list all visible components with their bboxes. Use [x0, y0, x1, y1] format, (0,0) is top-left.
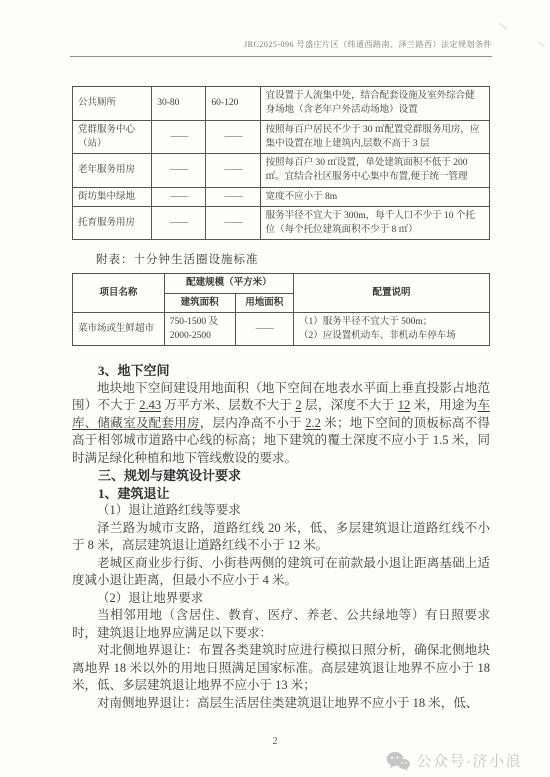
land-area-cell: —— — [235, 312, 293, 346]
config-note-cell: 宽度不应小于 8m — [260, 187, 489, 206]
table-row: 托育服务用房 —— —— 服务半径不宜大于 300m，每千人口不少于 10 个托… — [73, 206, 490, 240]
config-note-cell: 按照每百户居民不少于 30 ㎡配置党群服务用房，应集中设置在地上建筑内,层数不高… — [260, 120, 489, 154]
paragraph: （1）退让道路红线等要求 — [72, 502, 490, 520]
underlined-value: 12 — [398, 398, 411, 412]
table-row: 公共厕所 30-80 60-120 宜设置于人流集中处，结合配套设施及室外综合健… — [73, 87, 490, 121]
paragraph: 当相邻用地（含居住、教育、医疗、养老、公共绿地等）有日照要求时，建筑退让地界应满… — [72, 607, 490, 642]
building-area-header: 建筑面积 — [164, 293, 235, 312]
table-row: 街坊集中绿地 —— —— 宽度不应小于 8m — [73, 187, 490, 206]
scan-artifact — [538, 42, 544, 47]
subsection-heading-setback: 1、建筑退让 — [72, 485, 490, 503]
paragraph: 对北侧地界退让：布置各类建筑时应进行模拟日照分析，确保北侧地块离地界 18 米以… — [72, 642, 490, 695]
project-name-cell: 菜市场或生鲜超市 — [73, 312, 165, 346]
facilities-table: 公共厕所 30-80 60-120 宜设置于人流集中处，结合配套设施及室外综合健… — [72, 86, 490, 240]
config-notes-header: 配置说明 — [293, 274, 489, 313]
appendix-caption: 附表：十分钟生活圈设施标准 — [72, 251, 490, 267]
header-divider — [70, 56, 492, 57]
watermark: 公众号·济小浪 — [386, 750, 523, 771]
table-row: 菜市场或生鲜超市 750-1500 及 2000-2500 —— （1）服务半径… — [73, 312, 490, 346]
note-line: （1）服务半径不宜大于 500m； — [299, 315, 484, 329]
scanned-document-page: JRC2025-096 号盛庄片区（纬通西路南、泽兰路西）法定规划条件 公共厕所… — [0, 0, 550, 777]
text-run: 万平方米、层数不大于 — [161, 398, 295, 412]
building-area-cell: 750-1500 及 2000-2500 — [164, 312, 235, 346]
facility-name-cell: 党群服务中心（站） — [73, 120, 152, 154]
text-run: 层，深度不大于 — [302, 398, 398, 412]
section-heading-underground: 3、地下空间 — [72, 362, 490, 380]
config-note-cell: 宜设置于人流集中处，结合配套设施及室外综合健身场地（含老年户外活动场地）设置 — [260, 87, 489, 121]
building-area-cell: —— — [152, 120, 206, 154]
section-heading-planning: 三、规划与建筑设计要求 — [72, 467, 490, 485]
project-name-header: 项目名称 — [73, 274, 165, 313]
table-row: 党群服务中心（站） —— —— 按照每百户居民不少于 30 ㎡配置党群服务用房，… — [73, 120, 490, 154]
land-area-cell: —— — [206, 154, 260, 188]
paragraph: （2）退让地界要求 — [72, 590, 490, 608]
document-header: JRC2025-096 号盛庄片区（纬通西路南、泽兰路西）法定规划条件 — [70, 39, 492, 50]
body-text: 3、地下空间 地块地下空间建设用地面积（地下空间在地表水平面上垂直投影占地范围）… — [72, 362, 490, 712]
page-number: 2 — [0, 736, 550, 747]
building-area-cell: —— — [152, 206, 206, 240]
appendix-table: 项目名称 配建规模（平方米） 配置说明 建筑面积 用地面积 菜市场或生鲜超市 7… — [72, 273, 490, 346]
watermark-text: 公众号·济小浪 — [417, 750, 523, 771]
underlined-value: 2.43 — [139, 398, 161, 412]
config-note-cell: （1）服务半径不宜大于 500m； （2）应设置机动车、非机动车停车场 — [293, 312, 489, 346]
scan-artifact — [499, 23, 507, 30]
land-area-cell: —— — [206, 120, 260, 154]
facility-name-cell: 托育服务用房 — [73, 206, 152, 240]
facility-name-cell: 公共厕所 — [73, 87, 152, 121]
underlined-value: 2.2 — [305, 416, 321, 430]
text-run: 米，用途为 — [410, 398, 477, 412]
wechat-icon — [386, 751, 410, 771]
table-row: 老年服务用房 —— —— 按照每百户 30 ㎡设置，单处建筑面积不低于 200 … — [73, 154, 490, 188]
facility-name-cell: 街坊集中绿地 — [73, 187, 152, 206]
building-area-cell: —— — [152, 187, 206, 206]
text-run: ，层内净高不小于 — [200, 416, 306, 430]
scale-group-header: 配建规模（平方米） — [164, 274, 293, 293]
paragraph: 对南侧地界退让：高层生活居住类建筑退让地界不应小于 18 米，低、 — [72, 695, 490, 713]
note-line: （2）应设置机动车、非机动车停车场 — [299, 329, 484, 343]
config-note-cell: 服务半径不宜大于 300m，每千人口不少于 10 个托位（每个托位建筑面积不少于… — [260, 206, 489, 240]
paragraph: 老城区商业步行街、小街巷两侧的建筑可在前款最小退让距离基础上适度减小退让距离，但… — [72, 555, 490, 590]
land-area-header: 用地面积 — [235, 293, 293, 312]
land-area-cell: —— — [206, 206, 260, 240]
land-area-cell: —— — [206, 187, 260, 206]
land-area-cell: 60-120 — [206, 87, 260, 121]
paragraph: 泽兰路为城市支路，道路红线 20 米，低、多层建筑退让道路红线不小于 8 米，高… — [72, 520, 490, 555]
config-note-cell: 按照每百户 30 ㎡设置，单处建筑面积不低于 200 ㎡。宜结合社区服务中心集中… — [260, 154, 489, 188]
document-content: 公共厕所 30-80 60-120 宜设置于人流集中处，结合配套设施及室外综合健… — [72, 86, 490, 712]
building-area-cell: 30-80 — [152, 87, 206, 121]
table-header-row: 项目名称 配建规模（平方米） 配置说明 — [73, 274, 490, 293]
facility-name-cell: 老年服务用房 — [73, 154, 152, 188]
building-area-cell: —— — [152, 154, 206, 188]
paragraph-underground: 地块地下空间建设用地面积（地下空间在地表水平面上垂直投影占地范围）不大于 2.4… — [72, 380, 490, 468]
